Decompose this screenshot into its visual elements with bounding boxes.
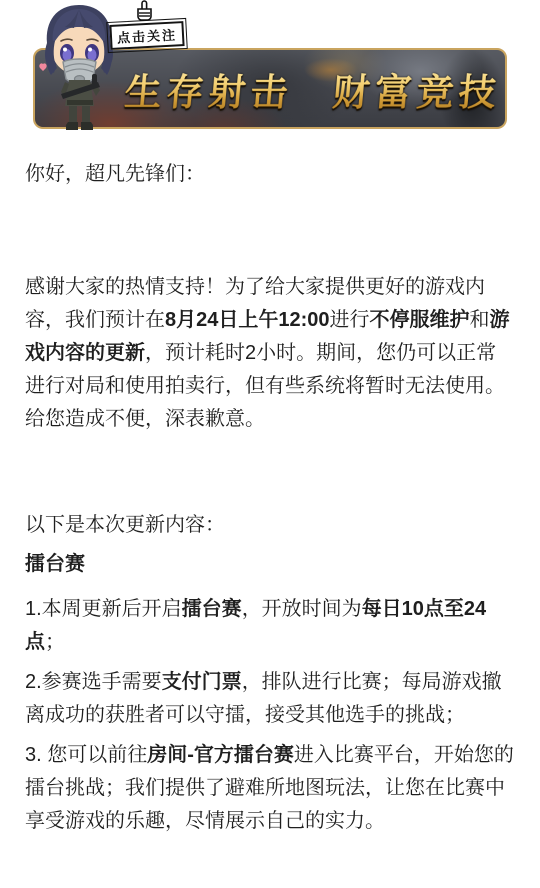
- maintenance-time-bold: 8月24日上午12:00: [165, 309, 330, 331]
- greeting-line: 你好，超凡先锋们：: [25, 158, 515, 191]
- arena-item-2: 2.参赛选手需要支付门票，排队进行比赛；每局游戏撤离成功的获胜者可以守擂，接受其…: [25, 666, 515, 732]
- update-intro-line: 以下是本次更新内容：: [25, 509, 515, 542]
- header-banner-area: 生存射击 财富竞技: [0, 0, 540, 133]
- follow-button[interactable]: 点击关注: [104, 0, 190, 48]
- arena-item-1: 1.本周更新后开启擂台赛，开放时间为每日10点至24点；: [25, 593, 515, 659]
- room-path-bold: 房间-官方擂台赛: [147, 744, 294, 766]
- arena-name-bold: 擂台赛: [182, 598, 242, 620]
- banner-title-right: 财富竞技: [331, 62, 504, 116]
- maintenance-paragraph: 感谢大家的热情支持！为了给大家提供更好的游戏内容，我们预计在8月24日上午12:…: [25, 271, 515, 436]
- arena-section-heading: 擂台赛: [25, 548, 515, 581]
- follow-stamp-label[interactable]: 点击关注: [109, 21, 184, 50]
- article-body: 你好，超凡先锋们： 感谢大家的热情支持！为了给大家提供更好的游戏内容，我们预计在…: [0, 158, 540, 838]
- arena-item-3: 3. 您可以前往房间-官方擂台赛进入比赛平台，开始您的擂台挑战；我们提供了避难所…: [25, 739, 515, 838]
- heart-icon: [39, 63, 46, 71]
- ticket-bold: 支付门票: [162, 671, 242, 693]
- maintenance-type-bold: 不停服维护: [370, 309, 470, 331]
- announcement-page: 生存射击 财富竞技: [0, 0, 540, 888]
- banner-title-left: 生存射击: [123, 62, 296, 116]
- click-hand-icon: [130, 0, 158, 22]
